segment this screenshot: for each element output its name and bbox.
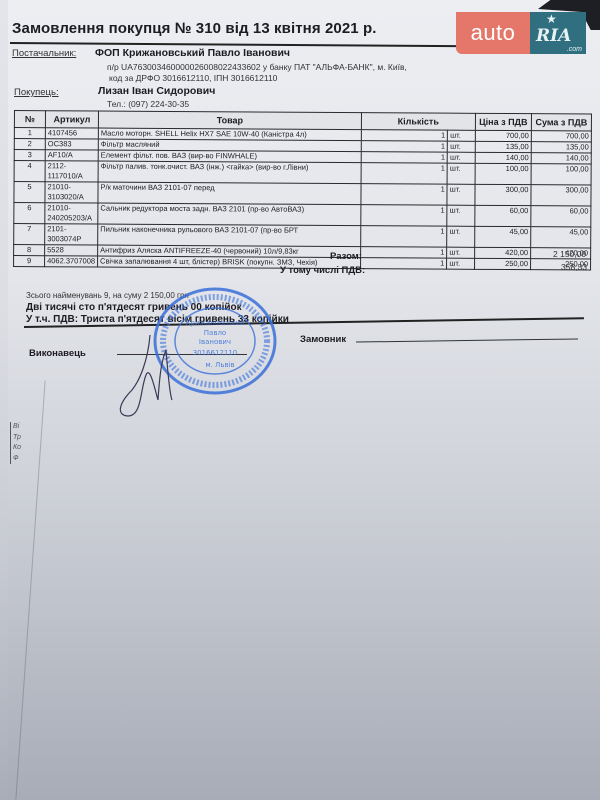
row-unit: шт. xyxy=(448,141,476,152)
row-price: 135,00 xyxy=(475,141,531,152)
fragment-line: Ко xyxy=(13,443,21,454)
row-sum: 140,00 xyxy=(531,153,591,164)
autoria-logo: auto ★ RIA .com xyxy=(456,12,586,54)
svg-text:м. Львів: м. Львів xyxy=(205,361,234,369)
row-unit: шт. xyxy=(447,258,475,269)
supplier-codes: код за ДРФО 3016612110, ІПН 3016612110 xyxy=(109,73,277,83)
row-item: Масло моторн. SHELL Helix HX7 SAE 10W-40… xyxy=(98,128,361,141)
row-price: 45,00 xyxy=(474,226,530,247)
document-title: Замовлення покупця № 310 від 13 квітня 2… xyxy=(12,20,377,37)
row-quantity: 1 xyxy=(361,184,447,206)
underlying-page-fragment: Ві Тр Ко Ф xyxy=(10,422,21,464)
row-price: 420,00 xyxy=(474,247,530,258)
row-item: Фільтр палив. тонк.очист. ВАЗ (інж.) <га… xyxy=(98,161,361,184)
row-number: 1 xyxy=(14,128,45,139)
row-article: AF10/A xyxy=(45,150,98,161)
row-unit: шт. xyxy=(447,152,475,163)
row-item: Елемент фільт. пов. ВАЗ (вир-во FINWHALE… xyxy=(98,150,361,163)
row-quantity: 1 xyxy=(361,163,447,185)
supplier-name: ФОП Крижановський Павло Іванович xyxy=(95,47,290,59)
row-number: 7 xyxy=(14,224,45,245)
row-item: Сальник редуктора моста задн. ВАЗ 2101 (… xyxy=(98,203,361,226)
row-quantity: 1 xyxy=(361,141,447,153)
row-article: 21010-240205203/A xyxy=(45,203,98,224)
items-table: № Артикул Товар Кількість Ціна з ПДВ Сум… xyxy=(13,110,592,271)
row-article: 4107456 xyxy=(45,128,98,139)
row-quantity: 1 xyxy=(361,130,447,142)
row-unit: шт. xyxy=(447,226,475,247)
row-number: 4 xyxy=(14,161,45,182)
logo-ria-text: RIA xyxy=(536,26,571,46)
row-price: 60,00 xyxy=(475,205,531,226)
buyer-phone: Тел.: (097) 224-30-35 xyxy=(107,99,189,109)
logo-ria-block: ★ RIA .com xyxy=(530,12,586,54)
supplier-bank: п/р UA763003460000026008022433602 у банк… xyxy=(107,62,407,72)
handwritten-signature xyxy=(110,330,200,420)
row-price: 140,00 xyxy=(475,152,531,163)
fragment-line: Ві xyxy=(13,422,21,433)
row-number: 2 xyxy=(14,139,45,150)
svg-text:Крижановський: Крижановський xyxy=(186,319,245,327)
fragment-line: Тр xyxy=(13,433,21,444)
row-unit: шт. xyxy=(447,205,475,226)
row-article: 21010-3103020/A xyxy=(45,182,98,203)
customer-label: Замовник xyxy=(300,334,346,345)
row-price: 250,00 xyxy=(474,258,530,269)
row-quantity: 1 xyxy=(361,205,447,227)
col-header-quantity: Кількість xyxy=(361,113,475,131)
row-quantity: 1 xyxy=(361,247,447,259)
row-item: Фільтр масляний xyxy=(98,139,361,152)
logo-auto-text: auto xyxy=(456,12,530,54)
svg-text:Павло: Павло xyxy=(204,329,226,337)
row-quantity: 1 xyxy=(360,258,446,270)
row-sum: 700,00 xyxy=(531,131,591,142)
row-item: Антифриз Аляска ANTIFREEZE-40 (червоний)… xyxy=(98,245,361,258)
row-number: 3 xyxy=(14,150,45,161)
row-sum: 135,00 xyxy=(531,142,591,153)
row-sum: 100,00 xyxy=(531,164,591,185)
star-icon: ★ xyxy=(546,12,557,26)
row-item: Пильник наконечника рульового ВАЗ 2101-0… xyxy=(98,224,361,247)
col-header-price: Ціна з ПДВ xyxy=(475,113,531,130)
row-number: 8 xyxy=(14,245,45,256)
row-article: 2101-3003074P xyxy=(45,224,98,245)
col-header-item: Товар xyxy=(98,111,361,130)
row-number: 5 xyxy=(14,182,45,203)
logo-com-suffix: .com xyxy=(567,46,582,53)
row-unit: шт. xyxy=(448,130,476,141)
row-number: 6 xyxy=(14,203,45,224)
row-sum: 45,00 xyxy=(531,227,591,248)
fragment-line: Ф xyxy=(13,454,21,465)
row-article: 2112-1117010/A xyxy=(45,161,98,182)
col-header-sum: Сума з ПДВ xyxy=(531,114,591,131)
row-article: 5528 xyxy=(45,245,98,256)
vat-label: У тому числі ПДВ: xyxy=(280,265,365,276)
row-unit: шт. xyxy=(447,163,475,184)
row-sum: 60,00 xyxy=(531,206,591,227)
buyer-name: Лизан Іван Сидорович xyxy=(98,85,215,97)
row-quantity: 1 xyxy=(361,152,447,164)
row-price: 700,00 xyxy=(475,130,531,141)
row-price: 100,00 xyxy=(475,163,531,184)
supplier-label: Постачальник: xyxy=(12,48,76,59)
total-label: Разом: xyxy=(330,251,362,262)
total-value: 2 150,00 xyxy=(553,249,586,259)
col-header-article: Артикул xyxy=(45,111,98,128)
row-unit: шт. xyxy=(447,184,475,205)
row-price: 300,00 xyxy=(475,184,531,205)
row-article: OC383 xyxy=(45,139,98,150)
executor-label: Виконавець xyxy=(29,348,86,359)
row-article: 4062.3707008 xyxy=(45,256,98,267)
row-number: 9 xyxy=(14,256,45,267)
row-quantity: 1 xyxy=(361,226,447,248)
buyer-label: Покупець: xyxy=(14,87,59,98)
col-header-number: № xyxy=(14,111,45,128)
row-item: Р/к маточини ВАЗ 2101-07 перед xyxy=(98,182,361,205)
svg-text:Іванович: Іванович xyxy=(199,338,231,346)
vat-value: 358,33 xyxy=(561,262,587,272)
row-sum: 300,00 xyxy=(531,185,591,206)
row-unit: шт. xyxy=(447,247,475,258)
